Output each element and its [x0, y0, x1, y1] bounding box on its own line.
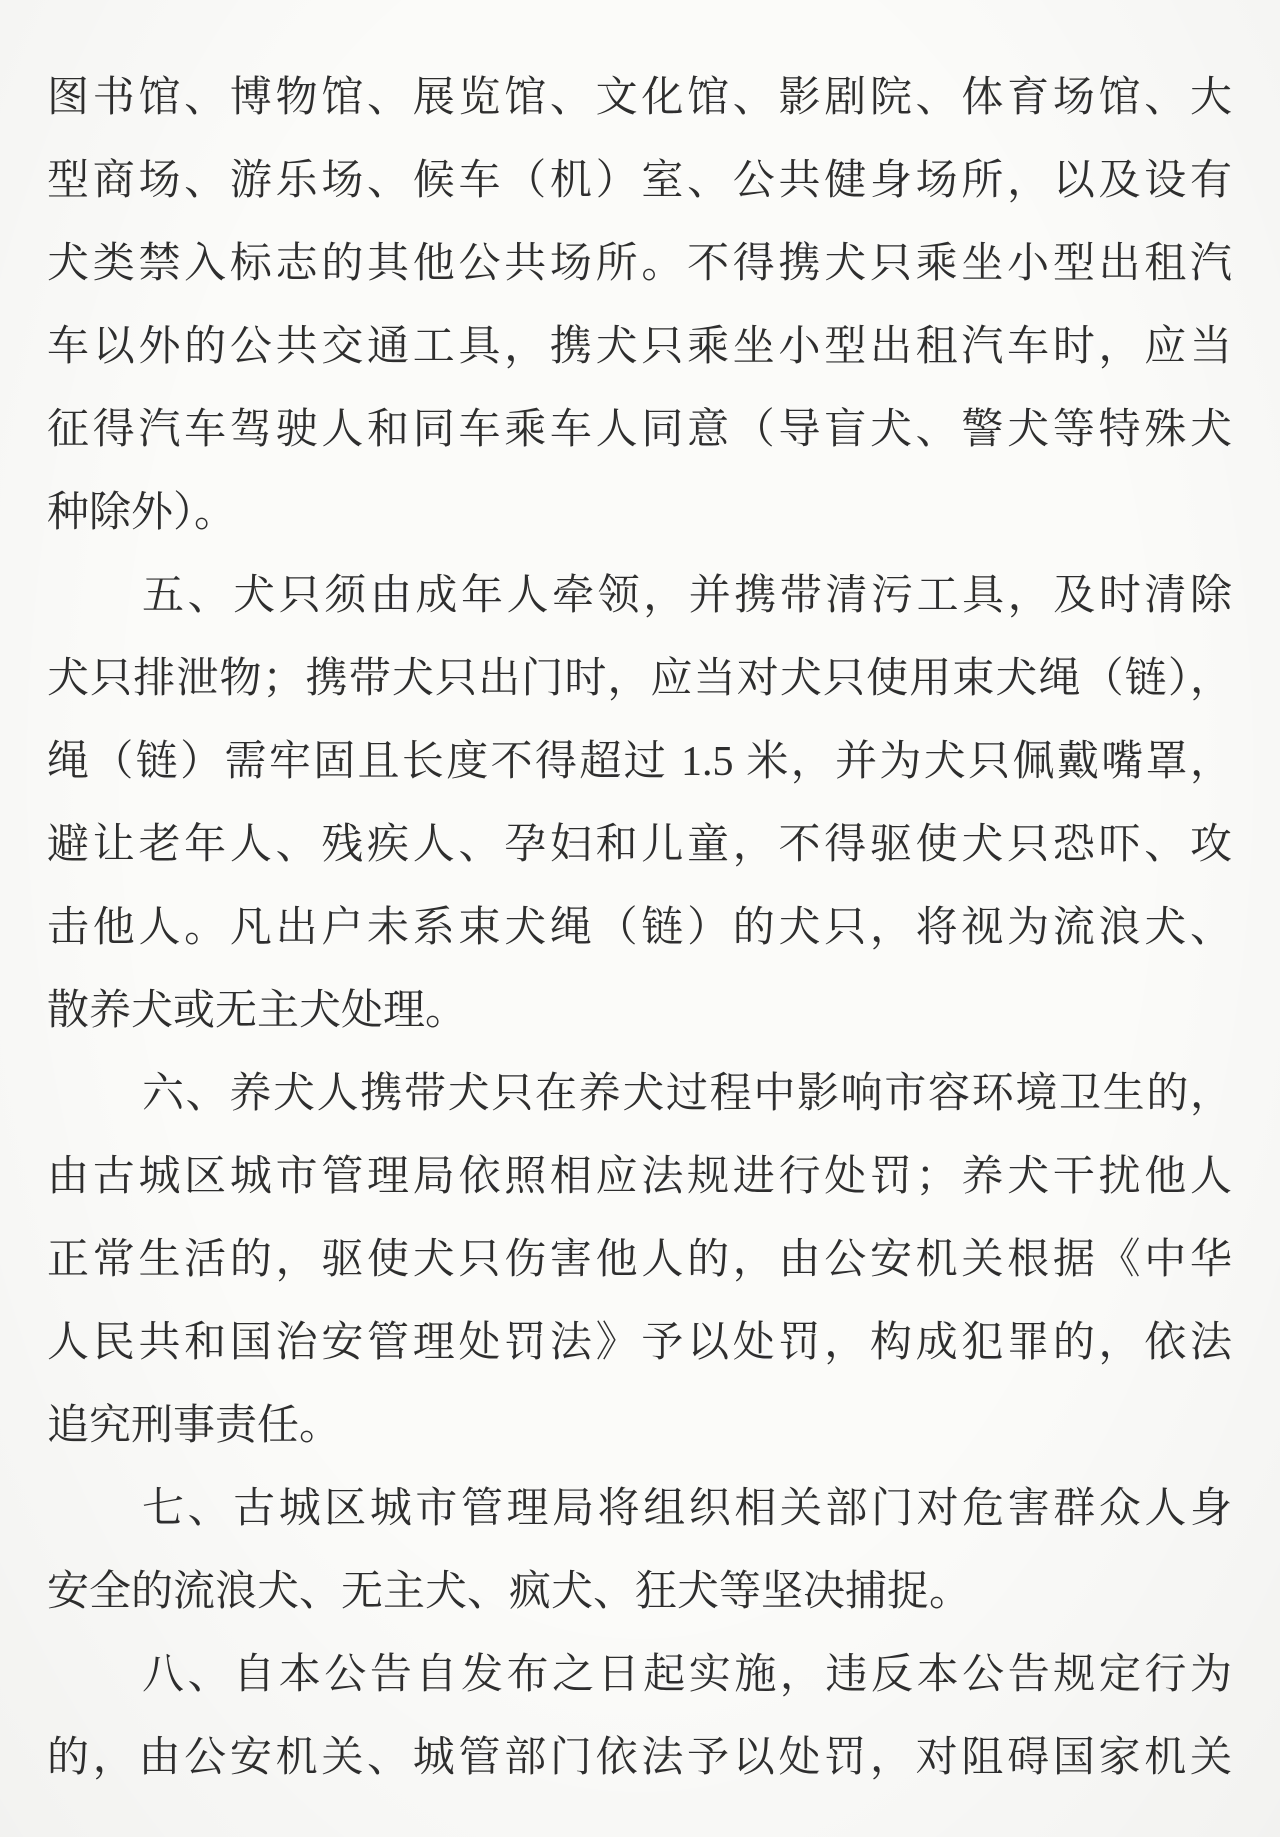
scanned-notice-page: 图书馆、博物馆、展览馆、文化馆、影剧院、体育场馆、大 型商场、游乐场、候车（机）…	[0, 0, 1280, 1837]
text-line: 正常生活的，驱使犬只伤害他人的，由公安机关根据《中华	[47, 1219, 1232, 1302]
notice-body: 图书馆、博物馆、展览馆、文化馆、影剧院、体育场馆、大 型商场、游乐场、候车（机）…	[47, 57, 1232, 1800]
text-line: 人民共和国治安管理处罚法》予以处罚，构成犯罪的，依法	[47, 1302, 1232, 1385]
text-line-item-8: 八、自本公告自发布之日起实施，违反本公告规定行为	[47, 1634, 1232, 1717]
text-line: 安全的流浪犬、无主犬、疯犬、狂犬等坚决捕捉。	[47, 1551, 1232, 1634]
text-line-item-5: 五、犬只须由成年人牵领，并携带清污工具，及时清除	[47, 555, 1232, 638]
text-line: 避让老年人、残疾人、孕妇和儿童，不得驱使犬只恐吓、攻	[47, 804, 1232, 887]
text-line: 追究刑事责任。	[47, 1385, 1232, 1468]
text-line: 的，由公安机关、城管部门依法予以处罚，对阻碍国家机关	[47, 1717, 1232, 1800]
text-line: 由古城区城市管理局依照相应法规进行处罚；养犬干扰他人	[47, 1136, 1232, 1219]
text-line-item-7: 七、古城区城市管理局将组织相关部门对危害群众人身	[47, 1468, 1232, 1551]
text-line: 征得汽车驾驶人和同车乘车人同意（导盲犬、警犬等特殊犬	[47, 389, 1232, 472]
text-line: 种除外）。	[47, 472, 1232, 555]
text-line: 车以外的公共交通工具，携犬只乘坐小型出租汽车时，应当	[47, 306, 1232, 389]
text-line: 犬只排泄物；携带犬只出门时，应当对犬只使用束犬绳（链），	[47, 638, 1232, 721]
text-line-item-6: 六、养犬人携带犬只在养犬过程中影响市容环境卫生的，	[47, 1053, 1232, 1136]
text-line: 型商场、游乐场、候车（机）室、公共健身场所，以及设有	[47, 140, 1232, 223]
text-line: 犬类禁入标志的其他公共场所。不得携犬只乘坐小型出租汽	[47, 223, 1232, 306]
text-line: 绳（链）需牢固且长度不得超过 1.5 米，并为犬只佩戴嘴罩，	[47, 721, 1232, 804]
text-line: 散养犬或无主犬处理。	[47, 970, 1232, 1053]
text-line: 击他人。凡出户未系束犬绳（链）的犬只，将视为流浪犬、	[47, 887, 1232, 970]
text-line: 图书馆、博物馆、展览馆、文化馆、影剧院、体育场馆、大	[47, 57, 1232, 140]
